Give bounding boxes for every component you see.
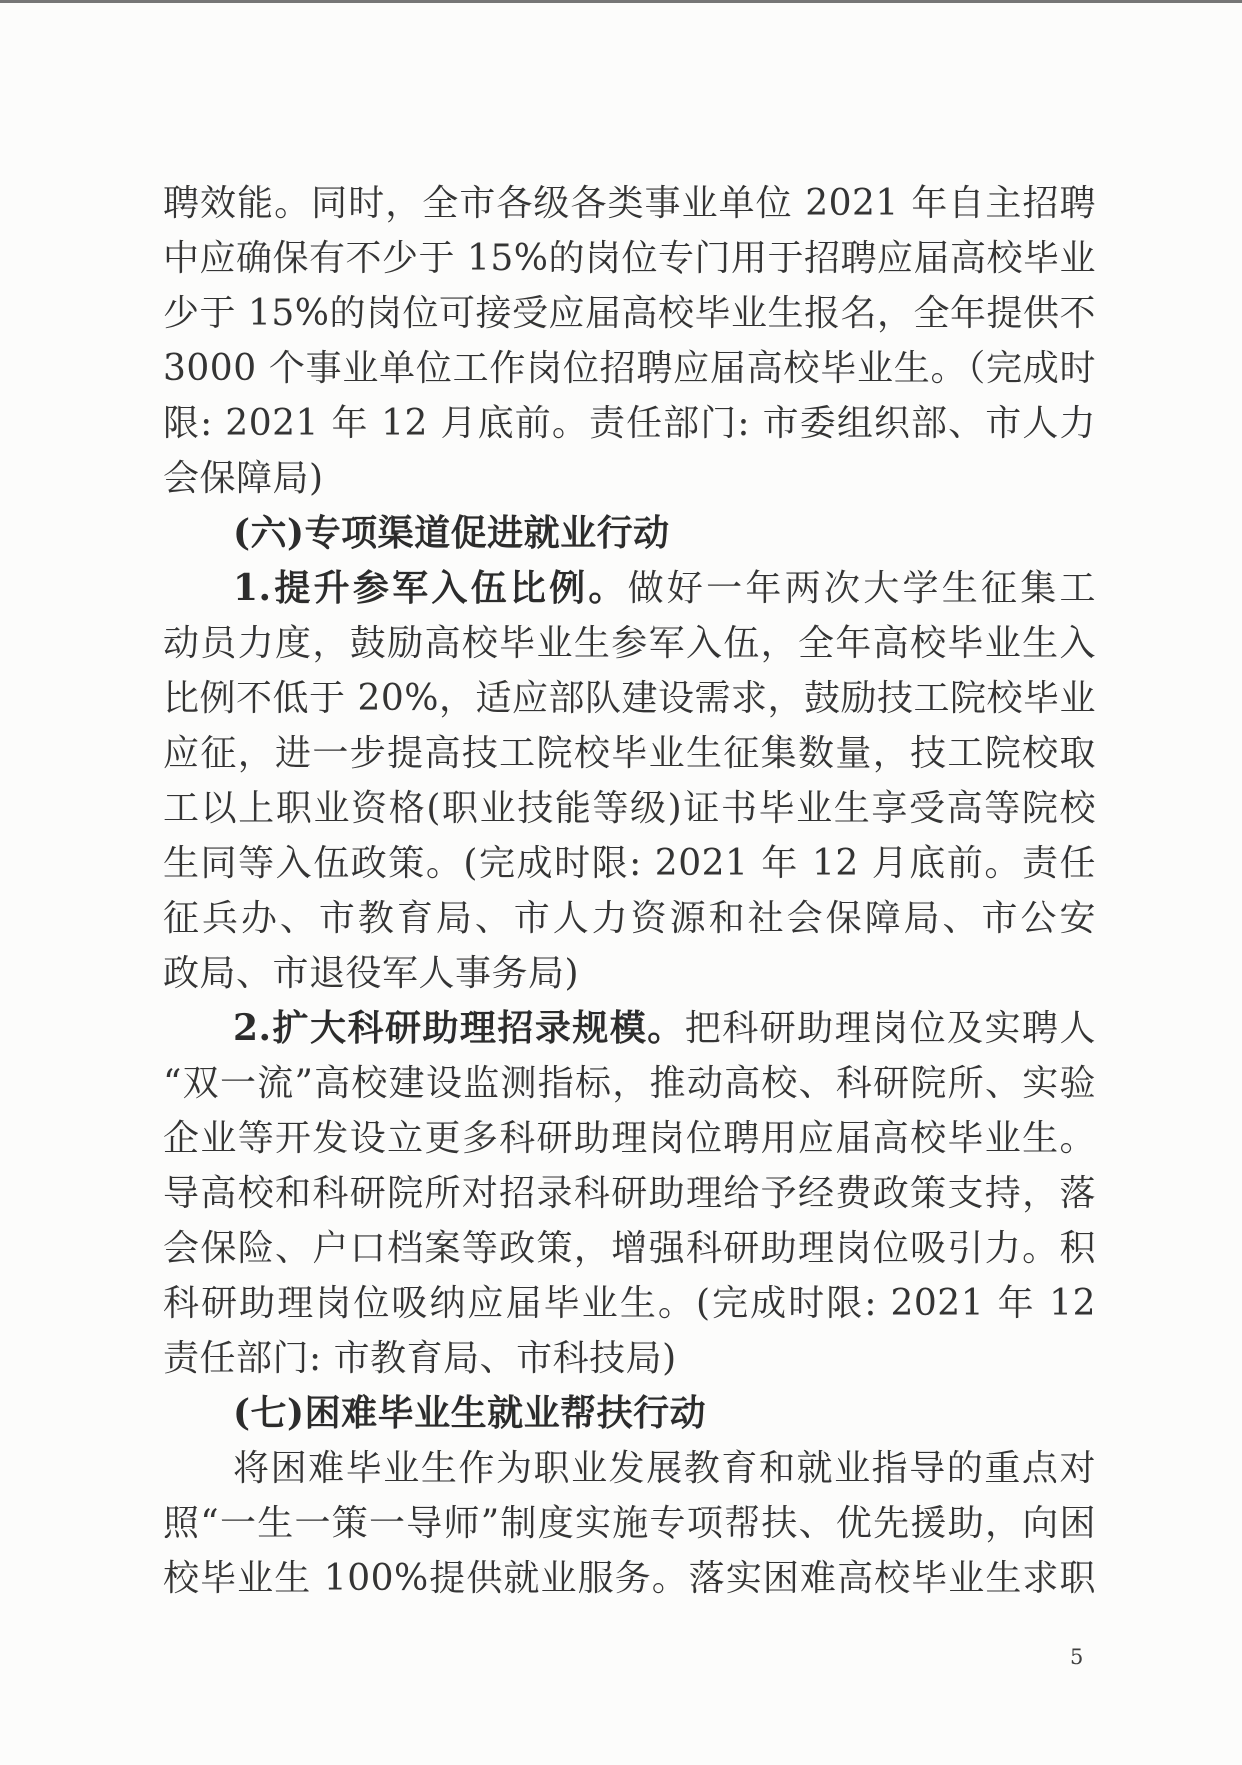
text-line: 企业等开发设立更多科研助理岗位聘用应届高校毕业生。督促指 [163,1111,1096,1166]
text-segment: 将困难毕业生作为职业发展教育和就业指导的重点对象，按 [163,1448,1096,1496]
text-line: 少于 15%的岗位可接受应届高校毕业生报名，全年提供不少于 [163,286,1096,341]
bold-text-segment: 1.提升参军入伍比例。 [233,567,628,609]
text-line: 征兵办、市教育局、市人力资源和社会保障局、市公安局、市财 [163,891,1096,946]
text-line: (七)困难毕业生就业帮扶行动 [163,1386,1096,1441]
document-page: 聘效能。同时，全市各级各类事业单位 2021 年自主招聘的岗位中应确保有不少于 … [0,0,1242,1765]
text-segment: 生同等入伍政策。(完成时限: 2021 年 12 月底前。责任部门: 市 [163,843,1096,891]
bold-text-segment: (七)困难毕业生就业帮扶行动 [233,1392,706,1434]
text-segment: 会保障局) [163,458,324,499]
text-line: 2.扩大科研助理招录规模。把科研助理岗位及实聘人数作为 [163,1001,1096,1056]
text-line: 导高校和科研院所对招录科研助理给予经费政策支持，落实好社 [163,1166,1096,1221]
text-segment: “双一流”高校建设监测指标，推动高校、科研院所、实验室及 [163,1063,1096,1111]
text-segment: 责任部门: 市教育局、市科技局) [163,1338,677,1379]
text-line: 生同等入伍政策。(完成时限: 2021 年 12 月底前。责任部门: 市 [163,836,1096,891]
text-segment: 照“一生一策一导师”制度实施专项帮扶、优先援助，向困难高 [163,1503,1096,1551]
text-line: 工以上职业资格(职业技能等级)证书毕业生享受高等院校毕业 [163,781,1096,836]
scan-edge-artifact [0,0,1242,3]
text-line: 动员力度，鼓励高校毕业生参军入伍，全年高校毕业生入伍征集 [163,616,1096,671]
text-segment: 校毕业生 100%提供就业服务。落实困难高校毕业生求职创业补 [163,1558,1096,1606]
page-number: 5 [1070,1642,1083,1672]
text-segment: 中应确保有不少于 15%的岗位专门用于招聘应届高校毕业生，不 [163,238,1096,286]
text-line: 中应确保有不少于 15%的岗位专门用于招聘应届高校毕业生，不 [163,231,1096,286]
bold-text-segment: 2.扩大科研助理招录规模。 [233,1007,685,1049]
text-segment: 科研助理岗位吸纳应届毕业生。(完成时限: 2021 年 12 月底前。 [163,1283,1096,1331]
text-line: 限: 2021 年 12 月底前。责任部门: 市委组织部、市人力资源和社 [163,396,1096,451]
text-segment: 企业等开发设立更多科研助理岗位聘用应届高校毕业生。督促指 [163,1118,1096,1166]
text-line: (六)专项渠道促进就业行动 [163,506,1096,561]
text-line: 3000 个事业单位工作岗位招聘应届高校毕业生。（完成时 [163,341,1096,396]
text-segment: 3000 个事业单位工作岗位招聘应届高校毕业生。（完成时 [163,348,1096,389]
text-segment: 应征，进一步提高技工院校毕业生征集数量，技工院校取得高级 [163,733,1096,781]
text-segment: 征兵办、市教育局、市人力资源和社会保障局、市公安局、市财 [163,898,1096,946]
text-segment: 比例不低于 20%，适应部队建设需求，鼓励技工院校毕业生报名 [163,678,1096,726]
text-segment: 政局、市退役军人事务局) [163,953,579,994]
text-segment: 聘效能。同时，全市各级各类事业单位 2021 年自主招聘的岗位 [163,183,1096,231]
text-line: 责任部门: 市教育局、市科技局) [163,1331,1096,1386]
text-line: 会保障局) [163,451,1096,506]
text-line: 应征，进一步提高技工院校毕业生征集数量，技工院校取得高级 [163,726,1096,781]
text-line: 校毕业生 100%提供就业服务。落实困难高校毕业生求职创业补 [163,1551,1096,1606]
text-line: 会保险、户口档案等政策，增强科研助理岗位吸引力。积极开发 [163,1221,1096,1276]
text-line: 政局、市退役军人事务局) [163,946,1096,1001]
text-segment: 工以上职业资格(职业技能等级)证书毕业生享受高等院校毕业 [163,788,1096,836]
text-line: 将困难毕业生作为职业发展教育和就业指导的重点对象，按 [163,1441,1096,1496]
text-line: 1.提升参军入伍比例。做好一年两次大学生征集工作，加大 [163,561,1096,616]
text-line: 照“一生一策一导师”制度实施专项帮扶、优先援助，向困难高 [163,1496,1096,1551]
text-segment: 限: 2021 年 12 月底前。责任部门: 市委组织部、市人力资源和社 [163,403,1096,451]
text-block: 聘效能。同时，全市各级各类事业单位 2021 年自主招聘的岗位中应确保有不少于 … [163,176,1096,1606]
text-segment: 会保险、户口档案等政策，增强科研助理岗位吸引力。积极开发 [163,1228,1096,1276]
text-line: “双一流”高校建设监测指标，推动高校、科研院所、实验室及 [163,1056,1096,1111]
text-line: 科研助理岗位吸纳应届毕业生。(完成时限: 2021 年 12 月底前。 [163,1276,1096,1331]
text-segment: 少于 15%的岗位可接受应届高校毕业生报名，全年提供不少于 [163,293,1096,341]
bold-text-segment: (六)专项渠道促进就业行动 [233,512,670,554]
text-line: 比例不低于 20%，适应部队建设需求，鼓励技工院校毕业生报名 [163,671,1096,726]
text-segment: 动员力度，鼓励高校毕业生参军入伍，全年高校毕业生入伍征集 [163,623,1096,671]
text-line: 聘效能。同时，全市各级各类事业单位 2021 年自主招聘的岗位 [163,176,1096,231]
text-segment: 导高校和科研院所对招录科研助理给予经费政策支持，落实好社 [163,1173,1096,1221]
